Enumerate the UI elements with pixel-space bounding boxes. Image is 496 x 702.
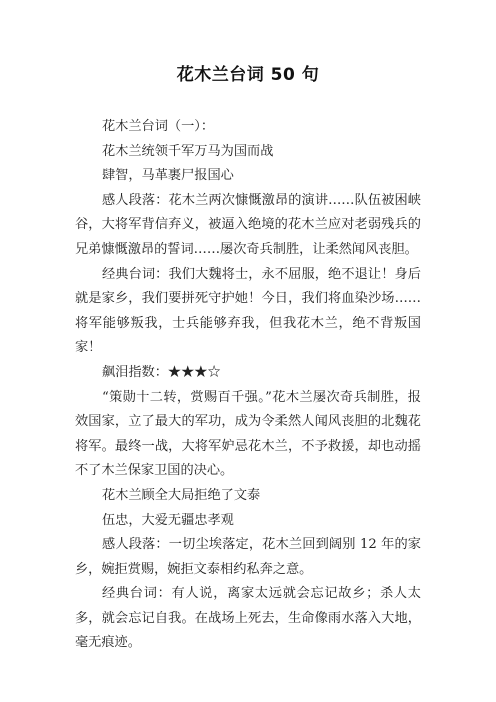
paragraph: 感人段落：花木兰两次慷慨激昂的演讲……队伍被困峡谷，大将军背信弃义，被逼入绝境的… <box>75 189 421 263</box>
document-page: 花木兰台词 50 句 花木兰台词（一）： 花木兰统领千军万马为国而战 肆智，马革… <box>0 0 496 702</box>
paragraph: 花木兰顾全大局拒绝了文泰 <box>75 484 421 509</box>
paragraph: “策勋十二转，赏赐百千强。”花木兰屡次奇兵制胜，报效国家，立了最大的军功，成为令… <box>75 386 421 484</box>
rating-paragraph: 飙泪指数：★★★☆ <box>75 361 421 386</box>
paragraph: 经典台词：有人说，离家太远就会忘记故乡；杀人太多，就会忘记自我。在战场上死去，生… <box>75 582 421 656</box>
paragraph: 感人段落：一切尘埃落定，花木兰回到阔别 12 年的家乡，婉拒赏赐，婉拒文泰相约私… <box>75 533 421 582</box>
paragraph: 花木兰台词（一）： <box>75 115 421 140</box>
document-title: 花木兰台词 50 句 <box>0 60 496 85</box>
paragraph: 花木兰统领千军万马为国而战 <box>75 140 421 165</box>
paragraph: 经典台词：我们大魏将士，永不屈服，绝不退让！身后就是家乡，我们要拼死守护她！今日… <box>75 263 421 361</box>
document-body: 花木兰台词（一）： 花木兰统领千军万马为国而战 肆智，马革裹尸报国心 感人段落：… <box>75 115 421 656</box>
paragraph: 肆智，马革裹尸报国心 <box>75 164 421 189</box>
paragraph: 伍忠，大爱无疆忠孝观 <box>75 509 421 534</box>
